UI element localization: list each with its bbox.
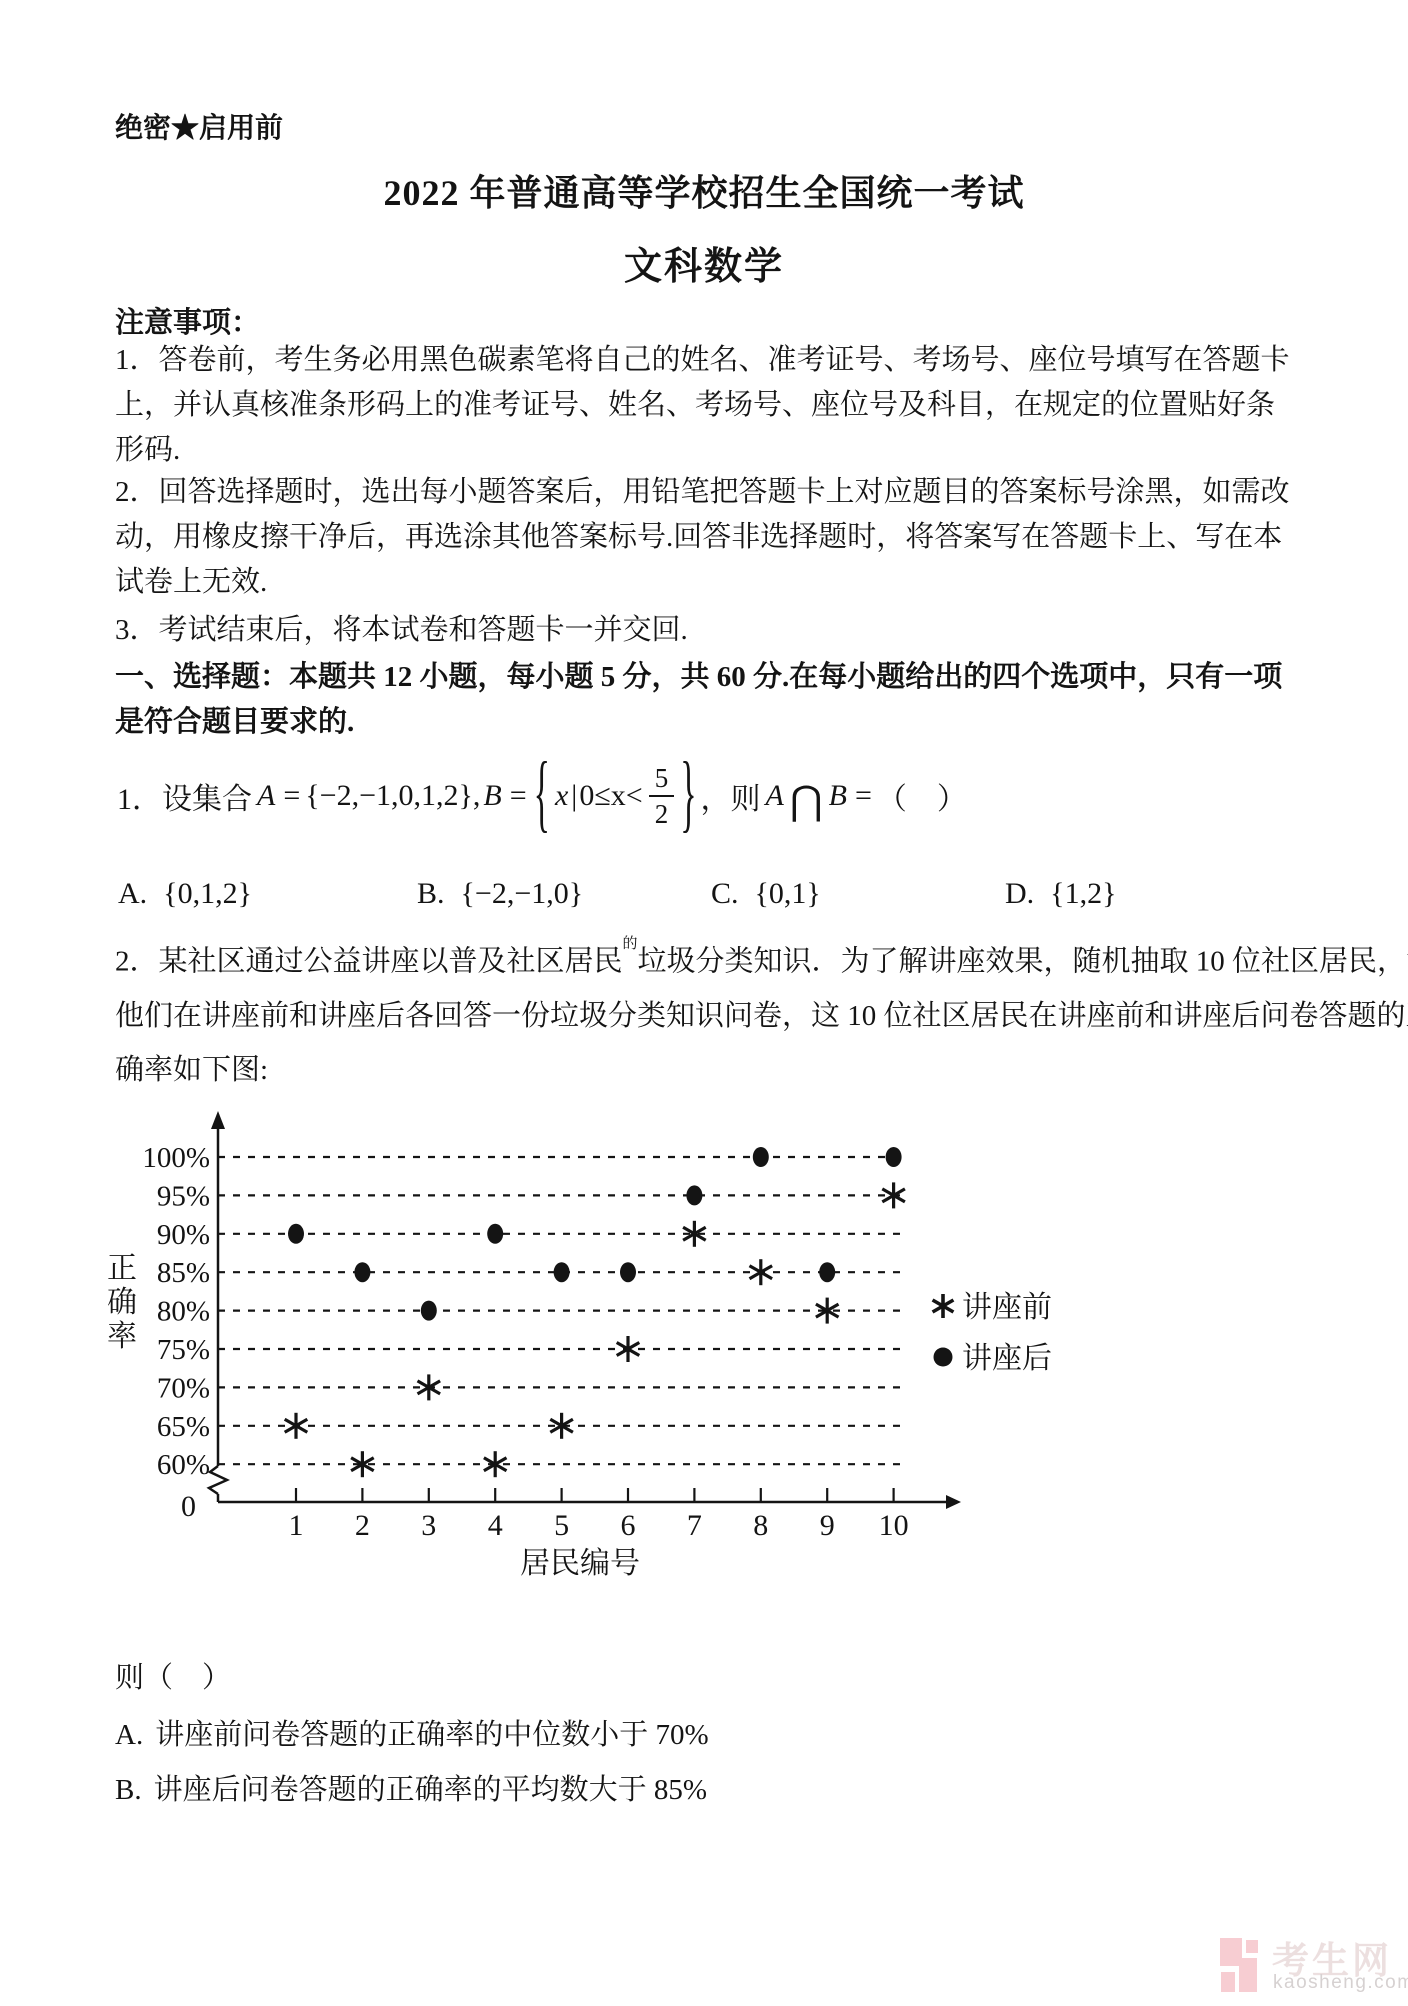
axes: 012345678910居民编号 bbox=[181, 1111, 961, 1580]
svg-text:6: 6 bbox=[621, 1509, 636, 1542]
notice-1-line-2: 上，并认真核准条形码上的准考证号、姓名、考场号、座位号及科目，在规定的位置贴好条 bbox=[115, 383, 1290, 428]
q2-option-a: A.讲座前问卷答题的正确率的中位数小于 70% bbox=[115, 1712, 709, 1753]
q1-var-a2: A bbox=[763, 779, 787, 813]
svg-text:85%: 85% bbox=[157, 1257, 210, 1289]
section-line-2: 是符合题目要求的. bbox=[115, 700, 1282, 745]
y-axis-title: 正确率 bbox=[107, 1252, 137, 1353]
svg-text:8: 8 bbox=[753, 1509, 768, 1542]
notice-item-3: 3．考试结束后，将本试卷和答题卡一并交回. bbox=[115, 608, 688, 653]
svg-text:80%: 80% bbox=[157, 1296, 210, 1328]
notice-item-2: 2．回答选择题时，选出每小题答案后，用铅笔把答题卡上对应题目的答案标号涂黑，如需… bbox=[115, 470, 1290, 605]
dot-marker bbox=[753, 1147, 769, 1167]
svg-text:4: 4 bbox=[488, 1509, 503, 1542]
q1-option-a-label: A. bbox=[118, 877, 147, 910]
q1-answer-paren: （ ） bbox=[877, 774, 967, 818]
x-axis-arrow bbox=[946, 1495, 961, 1509]
q1-fraction-denominator: 2 bbox=[655, 797, 669, 828]
svg-text:正: 正 bbox=[107, 1252, 137, 1285]
question-2-text: 2．某社区通过公益讲座以普及社区居民的垃圾分类知识．为了解讲座效果，随机抽取 1… bbox=[115, 929, 1408, 1097]
svg-text:7: 7 bbox=[687, 1509, 702, 1542]
dot-marker bbox=[886, 1147, 902, 1167]
q1-eq-1: = bbox=[278, 779, 305, 813]
q1-lead: 1．设集合 bbox=[115, 774, 254, 818]
svg-text:75%: 75% bbox=[157, 1334, 210, 1366]
svg-text:65%: 65% bbox=[157, 1411, 210, 1443]
kaosheng-logo-icon bbox=[1218, 1936, 1266, 1994]
q1-option-a-value: {0,1,2} bbox=[163, 877, 252, 910]
logo-block bbox=[1221, 1972, 1235, 1992]
asterisk-marker bbox=[933, 1294, 954, 1318]
dot-marker bbox=[554, 1262, 570, 1282]
svg-text:确: 确 bbox=[107, 1286, 137, 1319]
q1-set-a: {−2,−1,0,1,2}, bbox=[305, 779, 480, 813]
q2-superscript: 的 bbox=[623, 936, 638, 952]
q1-var-b2: B bbox=[826, 779, 850, 813]
q2-line-1: 2．某社区通过公益讲座以普及社区居民的垃圾分类知识．为了解讲座效果，随机抽取 1… bbox=[115, 929, 1408, 989]
exam-title: 2022 年普通高等学校招生全国统一考试 bbox=[0, 165, 1408, 216]
dot-marker bbox=[620, 1262, 636, 1282]
q1-then: ，则 bbox=[699, 774, 763, 818]
asterisk-marker bbox=[882, 1182, 905, 1208]
notice-2-line-1: 2．回答选择题时，选出每小题答案后，用铅笔把答题卡上对应题目的答案标号涂黑，如需… bbox=[115, 470, 1290, 515]
x-axis-title: 居民编号 bbox=[520, 1547, 640, 1580]
q1-left-brace: { bbox=[532, 748, 552, 845]
q1-option-c-label: C. bbox=[711, 877, 739, 910]
exam-subtitle: 文科数学 bbox=[0, 235, 1408, 290]
q2-line-1a: 2．某社区通过公益讲座以普及社区居民 bbox=[115, 946, 623, 978]
q1-inner-x: x bbox=[552, 779, 571, 813]
q1-var-a: A bbox=[254, 779, 278, 813]
q1-eq-3: = bbox=[850, 779, 877, 813]
notice-2-line-3: 试卷上无效. bbox=[115, 560, 1290, 605]
watermark-domain: kaosheng.com bbox=[1273, 1972, 1408, 1994]
q1-fraction: 5 2 bbox=[649, 764, 675, 829]
q2-line-2: 他们在讲座前和讲座后各回答一份垃圾分类知识问卷，这 10 位社区居民在讲座前和讲… bbox=[115, 989, 1408, 1043]
q1-var-b: B bbox=[480, 779, 504, 813]
q1-option-b: B.{−2,−1,0} bbox=[417, 877, 583, 911]
svg-text:9: 9 bbox=[820, 1509, 835, 1542]
kaosheng-watermark: 考生网 kaosheng.com bbox=[1218, 1932, 1408, 1998]
q2-option-b: B.讲座后问卷答题的正确率的平均数大于 85% bbox=[115, 1767, 707, 1808]
q1-option-b-label: B. bbox=[417, 877, 445, 910]
svg-text:3: 3 bbox=[421, 1509, 436, 1542]
svg-text:100%: 100% bbox=[142, 1142, 210, 1174]
svg-text:1: 1 bbox=[289, 1509, 304, 1542]
notice-item-1: 1．答卷前，考生务必用黑色碳素笔将自己的姓名、准考证号、考场号、座位号填写在答题… bbox=[115, 338, 1290, 473]
svg-text:90%: 90% bbox=[157, 1219, 210, 1251]
q1-option-d-label: D. bbox=[1005, 877, 1034, 910]
dot-marker bbox=[819, 1262, 835, 1282]
q1-option-c: C.{0,1} bbox=[711, 877, 821, 911]
asterisk-marker bbox=[417, 1374, 440, 1400]
q1-eq-2: = bbox=[505, 779, 532, 813]
question-1-options: A.{0,1,2} B.{−2,−1,0} C.{0,1} D.{1,2} bbox=[0, 877, 1408, 919]
notice-1-line-1: 1．答卷前，考生务必用黑色碳素笔将自己的姓名、准考证号、考场号、座位号填写在答题… bbox=[115, 338, 1290, 383]
logo-block bbox=[1246, 1940, 1258, 1953]
dot-marker bbox=[288, 1224, 304, 1244]
q1-option-a: A.{0,1,2} bbox=[118, 877, 252, 911]
q1-fraction-numerator: 5 bbox=[649, 764, 675, 797]
notice-heading: 注意事项： bbox=[115, 300, 260, 341]
svg-text:0: 0 bbox=[181, 1490, 196, 1523]
q2-option-b-text: 讲座后问卷答题的正确率的平均数大于 85% bbox=[154, 1774, 707, 1806]
svg-text:60%: 60% bbox=[157, 1449, 210, 1481]
dot-marker bbox=[487, 1224, 503, 1244]
dot-marker bbox=[421, 1301, 437, 1321]
gridlines: 100%95%90%85%80%75%70%65%60% bbox=[142, 1142, 900, 1481]
svg-text:率: 率 bbox=[107, 1320, 137, 1353]
secret-label: 绝密★启用前 bbox=[115, 106, 283, 146]
question-1-formula: 1．设集合 A = {−2,−1,0,1,2}, B = { x | 0≤x< … bbox=[115, 748, 967, 844]
q1-option-d: D.{1,2} bbox=[1005, 877, 1116, 911]
svg-text:2: 2 bbox=[355, 1509, 370, 1542]
svg-text:70%: 70% bbox=[157, 1372, 210, 1404]
q2-stem: 则（ ） bbox=[115, 1655, 231, 1696]
q2-line-1b: 垃圾分类知识．为了解讲座效果，随机抽取 10 位社区居民，让 bbox=[638, 946, 1408, 978]
series-讲座前 bbox=[285, 1182, 905, 1477]
legend-label: 讲座后 bbox=[962, 1342, 1052, 1375]
asterisk-marker bbox=[285, 1413, 308, 1439]
dot-marker bbox=[354, 1262, 370, 1282]
exam-paper-page: 绝密★启用前 2022 年普通高等学校招生全国统一考试 文科数学 注意事项： 1… bbox=[0, 0, 1408, 2006]
q1-option-c-value: {0,1} bbox=[755, 877, 821, 910]
q1-option-b-value: {−2,−1,0} bbox=[461, 877, 584, 910]
logo-block bbox=[1239, 1958, 1257, 1992]
legend-dot-icon bbox=[934, 1348, 953, 1367]
answer-rate-chart: 100%95%90%85%80%75%70%65%60%012345678910… bbox=[100, 1085, 1110, 1595]
notice-3-line-1: 3．考试结束后，将本试卷和答题卡一并交回. bbox=[115, 608, 688, 653]
q1-intersection-symbol: ⋂ bbox=[787, 777, 826, 824]
q2-option-a-text: 讲座前问卷答题的正确率的中位数小于 70% bbox=[155, 1719, 708, 1751]
dot-marker bbox=[686, 1185, 702, 1205]
q1-right-brace: } bbox=[678, 748, 698, 845]
q1-inner-cond: 0≤x< bbox=[577, 779, 644, 813]
svg-text:95%: 95% bbox=[157, 1180, 210, 1212]
svg-text:5: 5 bbox=[554, 1509, 569, 1542]
legend: 讲座前讲座后 bbox=[933, 1291, 1052, 1375]
notice-2-line-2: 动，用橡皮擦干净后，再选涂其他答案标号.回答非选择题时，将答案写在答题卡上、写在… bbox=[115, 515, 1290, 560]
q2-option-a-label: A. bbox=[115, 1719, 143, 1751]
section-choice-header: 一、选择题：本题共 12 小题，每小题 5 分，共 60 分.在每小题给出的四个… bbox=[115, 655, 1282, 745]
notice-1-line-3: 形码. bbox=[115, 428, 1290, 473]
q2-option-b-label: B. bbox=[115, 1774, 142, 1806]
legend-label: 讲座前 bbox=[962, 1291, 1052, 1324]
y-axis-arrow bbox=[211, 1111, 225, 1129]
section-line-1: 一、选择题：本题共 12 小题，每小题 5 分，共 60 分.在每小题给出的四个… bbox=[115, 655, 1282, 700]
answer-rate-chart-svg: 100%95%90%85%80%75%70%65%60%012345678910… bbox=[100, 1085, 1110, 1595]
asterisk-marker bbox=[749, 1259, 772, 1285]
q1-option-d-value: {1,2} bbox=[1050, 877, 1116, 910]
svg-text:10: 10 bbox=[879, 1509, 909, 1542]
asterisk-marker bbox=[617, 1336, 640, 1362]
